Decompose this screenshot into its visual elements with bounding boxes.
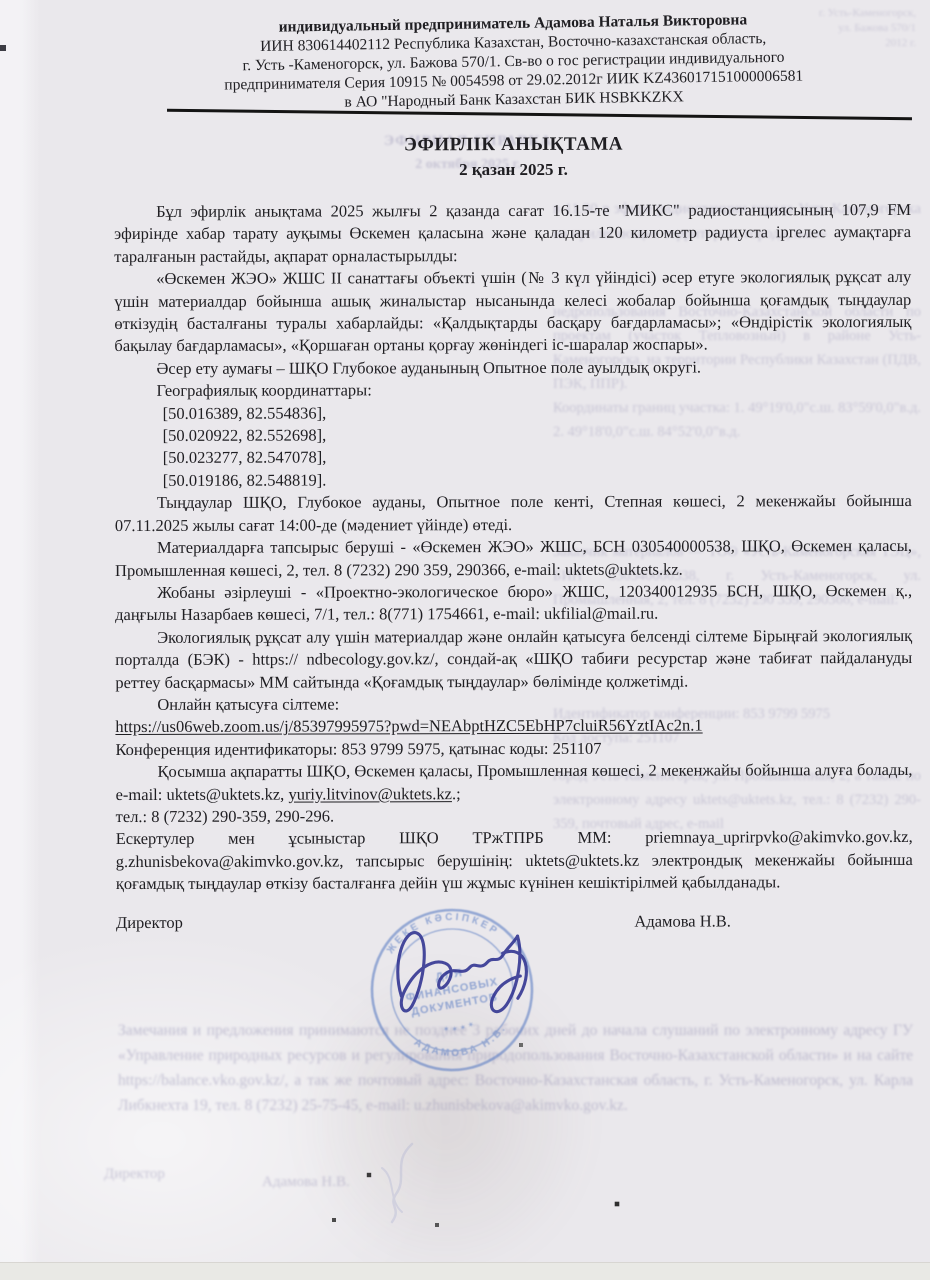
document-title: ЭФИРЛІК АНЫҚТАМА	[115, 133, 912, 158]
paragraph-coordinates-label: Географиялық координаттары:	[115, 378, 912, 402]
coordinate-line: [50.016389, 82.554836],	[163, 401, 912, 425]
paragraph-customer-info: Материалдарға тапсырыс беруші - «Өскемен…	[115, 535, 912, 582]
scanned-document-page: г. Усть-Каменогорск, ул. Бажова 570/1 20…	[0, 0, 930, 1280]
coordinates-list: [50.016389, 82.554836], [50.020922, 82.5…	[115, 401, 912, 493]
paragraph-broadcast-confirmation: Бұл эфирлік анықтама 2025 жылғы 2 қазанд…	[114, 199, 911, 268]
coordinate-line: [50.023277, 82.547078],	[163, 445, 912, 469]
paragraph-projects-announcement: «Өскемен ЖЭО» ЖШС ІІ санаттағы объекті ү…	[114, 266, 911, 358]
scan-specks	[0, 0, 2, 2]
paragraph-online-link-label: Онлайн қатысуға сілтеме:	[115, 692, 912, 716]
director-signature-ink	[381, 901, 545, 1046]
letterhead-divider	[167, 109, 912, 120]
document-body: Бұл эфирлік анықтама 2025 жылғы 2 қазанд…	[114, 199, 913, 934]
additional-info-text: Қосымша ақпаратты ШҚО, Өскемен қаласы, П…	[116, 760, 913, 803]
additional-info-tail: .;	[452, 784, 461, 803]
letterhead: индивидуальный предприниматель Адамова Н…	[114, 8, 912, 116]
signature-role: Директор	[116, 911, 183, 934]
scanner-edge-strip	[0, 1262, 930, 1280]
paragraph-hearing-details: Тыңдаулар ШҚО, Глубокое ауданы, Опытное …	[115, 490, 912, 537]
bleed-through-text: Директор	[104, 1162, 234, 1186]
paragraph-impact-area: Әсер ету аумағы – ШҚО Глубокое ауданының…	[114, 356, 911, 380]
paragraph-telephone: тел.: 8 (7232) 290-359, 290-296.	[116, 804, 913, 828]
document-date: 2 қазан 2025 г.	[115, 160, 912, 180]
paragraph-additional-info: Қосымша ақпаратты ШҚО, Өскемен қаласы, П…	[116, 759, 913, 806]
signature-name: Адамова Н.В.	[634, 910, 731, 933]
coordinate-line: [50.020922, 82.552698],	[163, 423, 912, 447]
bleed-through-signature	[362, 1138, 432, 1233]
paragraph-developer-info: Жобаны әзірлеуші - «Проектно-экологическ…	[115, 580, 912, 627]
document-content: индивидуальный предприниматель Адамова Н…	[115, 14, 912, 933]
paragraph-conference-id: Конференция идентификаторы: 853 9799 597…	[115, 737, 912, 761]
paragraph-portal-access: Экологиялық рұқсат алу үшін материалдар …	[115, 625, 912, 694]
litvinov-email-link: yuriy.litvinov@uktets.kz	[288, 784, 452, 803]
zoom-meeting-link-line: https://us06web.zoom.us/j/85397995975?pw…	[115, 714, 912, 738]
coordinate-line: [50.019186, 82.548819].	[163, 468, 912, 492]
zoom-meeting-link: https://us06web.zoom.us/j/85397995975?pw…	[115, 716, 702, 737]
